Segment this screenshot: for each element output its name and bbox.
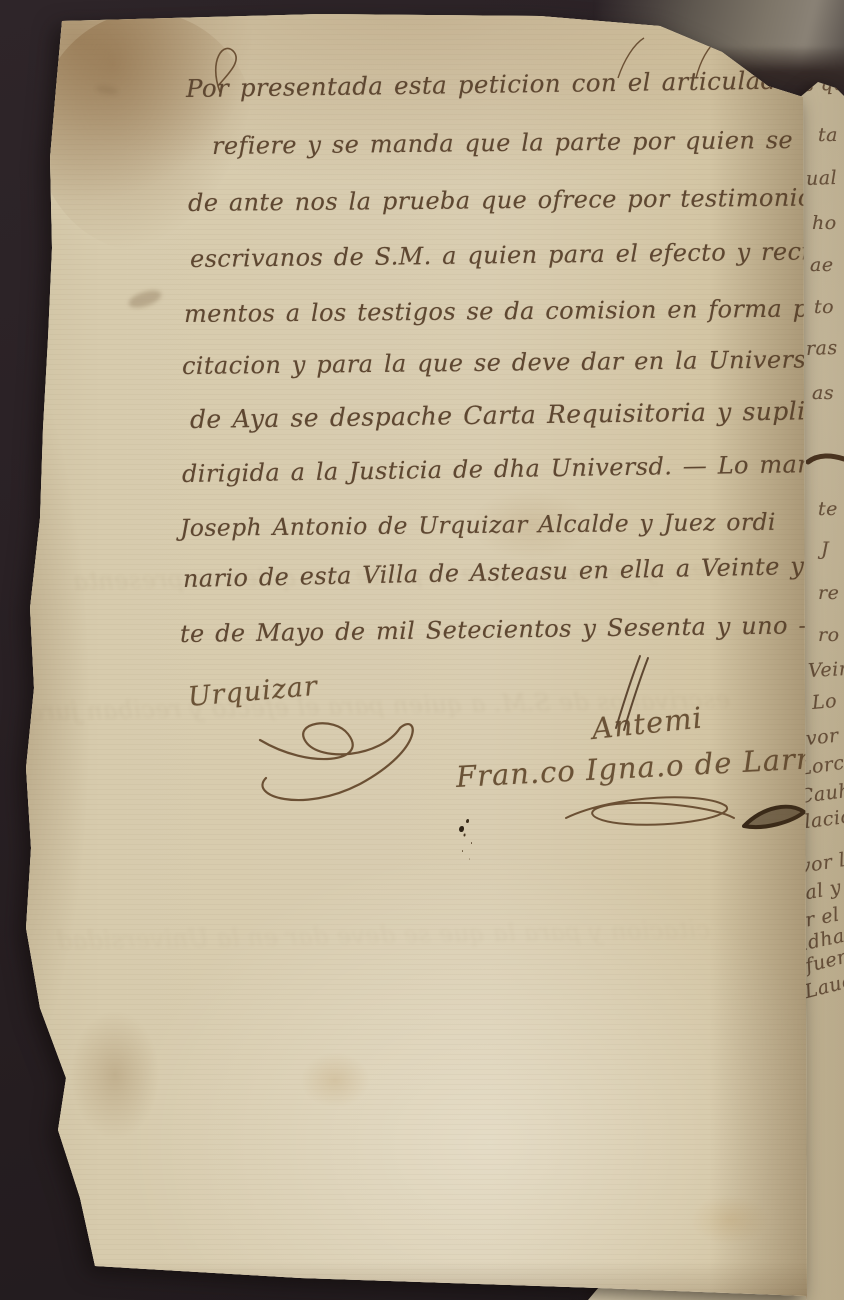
- corner-stain: [36, 12, 256, 252]
- manuscript-photo: s que ta ual ho ae to ras as te J re ro …: [0, 0, 844, 1300]
- manuscript-line: Por presentada esta peticion con el arti…: [186, 62, 844, 103]
- bleedthrough-ghost: escrivanos de S.M. a quien para el efect…: [210, 685, 730, 722]
- manuscript-line: nario de esta Villa de Asteasu en ella a…: [183, 551, 844, 593]
- manuscript-line: te de Mayo de mil Setecientos y Sesenta …: [180, 611, 823, 648]
- signature-urquizar-rubric: [240, 700, 450, 810]
- signature-urquizar: Urquizar: [187, 671, 319, 713]
- manuscript-line: de ante nos la prueba que ofrece por tes…: [188, 183, 844, 217]
- manuscript-line: dirigida a la Justicia de dha Universd. …: [182, 448, 844, 488]
- manuscript-line: escrivanos de S.M. a quien para el efect…: [190, 236, 844, 273]
- margin-smudge: [127, 287, 164, 311]
- small-stain: [300, 1052, 370, 1108]
- dark-rubric-blob: [738, 796, 808, 840]
- edge-stain: [70, 1010, 160, 1140]
- manuscript-line: Joseph Antonio de Urquizar Alcalde y Jue…: [180, 508, 776, 542]
- bleedthrough-ghost: refiere y se manda que la parte por quie…: [230, 555, 750, 592]
- faint-stain-bottom: [690, 1195, 770, 1245]
- manuscript-line: citacion y para la que se deve dar en la…: [182, 345, 844, 380]
- margin-smudge-small: [95, 84, 118, 96]
- bleedthrough-ghost: citacion y para la que se deve dar en la…: [190, 915, 710, 952]
- signature-larrumbe-rubric: [556, 788, 746, 844]
- capital-flourish-mark: [198, 36, 248, 96]
- signature-ante-mi: Antemi: [590, 700, 704, 745]
- manuscript-line: de Aya se despache Carta Requisitoria y …: [190, 395, 844, 434]
- main-page-wrap: escrivanos de S.M. a quien para el efect…: [0, 0, 844, 1300]
- manuscript-line: mentos a los testigos se da comision en …: [184, 293, 844, 328]
- manuscript-page: escrivanos de S.M. a quien para el efect…: [0, 0, 844, 1300]
- faint-stain: [470, 490, 590, 560]
- ascender-strokes: [600, 34, 740, 80]
- manuscript-line: refiere y se manda que la parte por quie…: [212, 125, 844, 160]
- ink-blot: [459, 826, 464, 832]
- ante-mi-ascender: [600, 652, 660, 732]
- signature-larrumbe: Fran.co Igna.o de Larrumbe: [455, 737, 844, 794]
